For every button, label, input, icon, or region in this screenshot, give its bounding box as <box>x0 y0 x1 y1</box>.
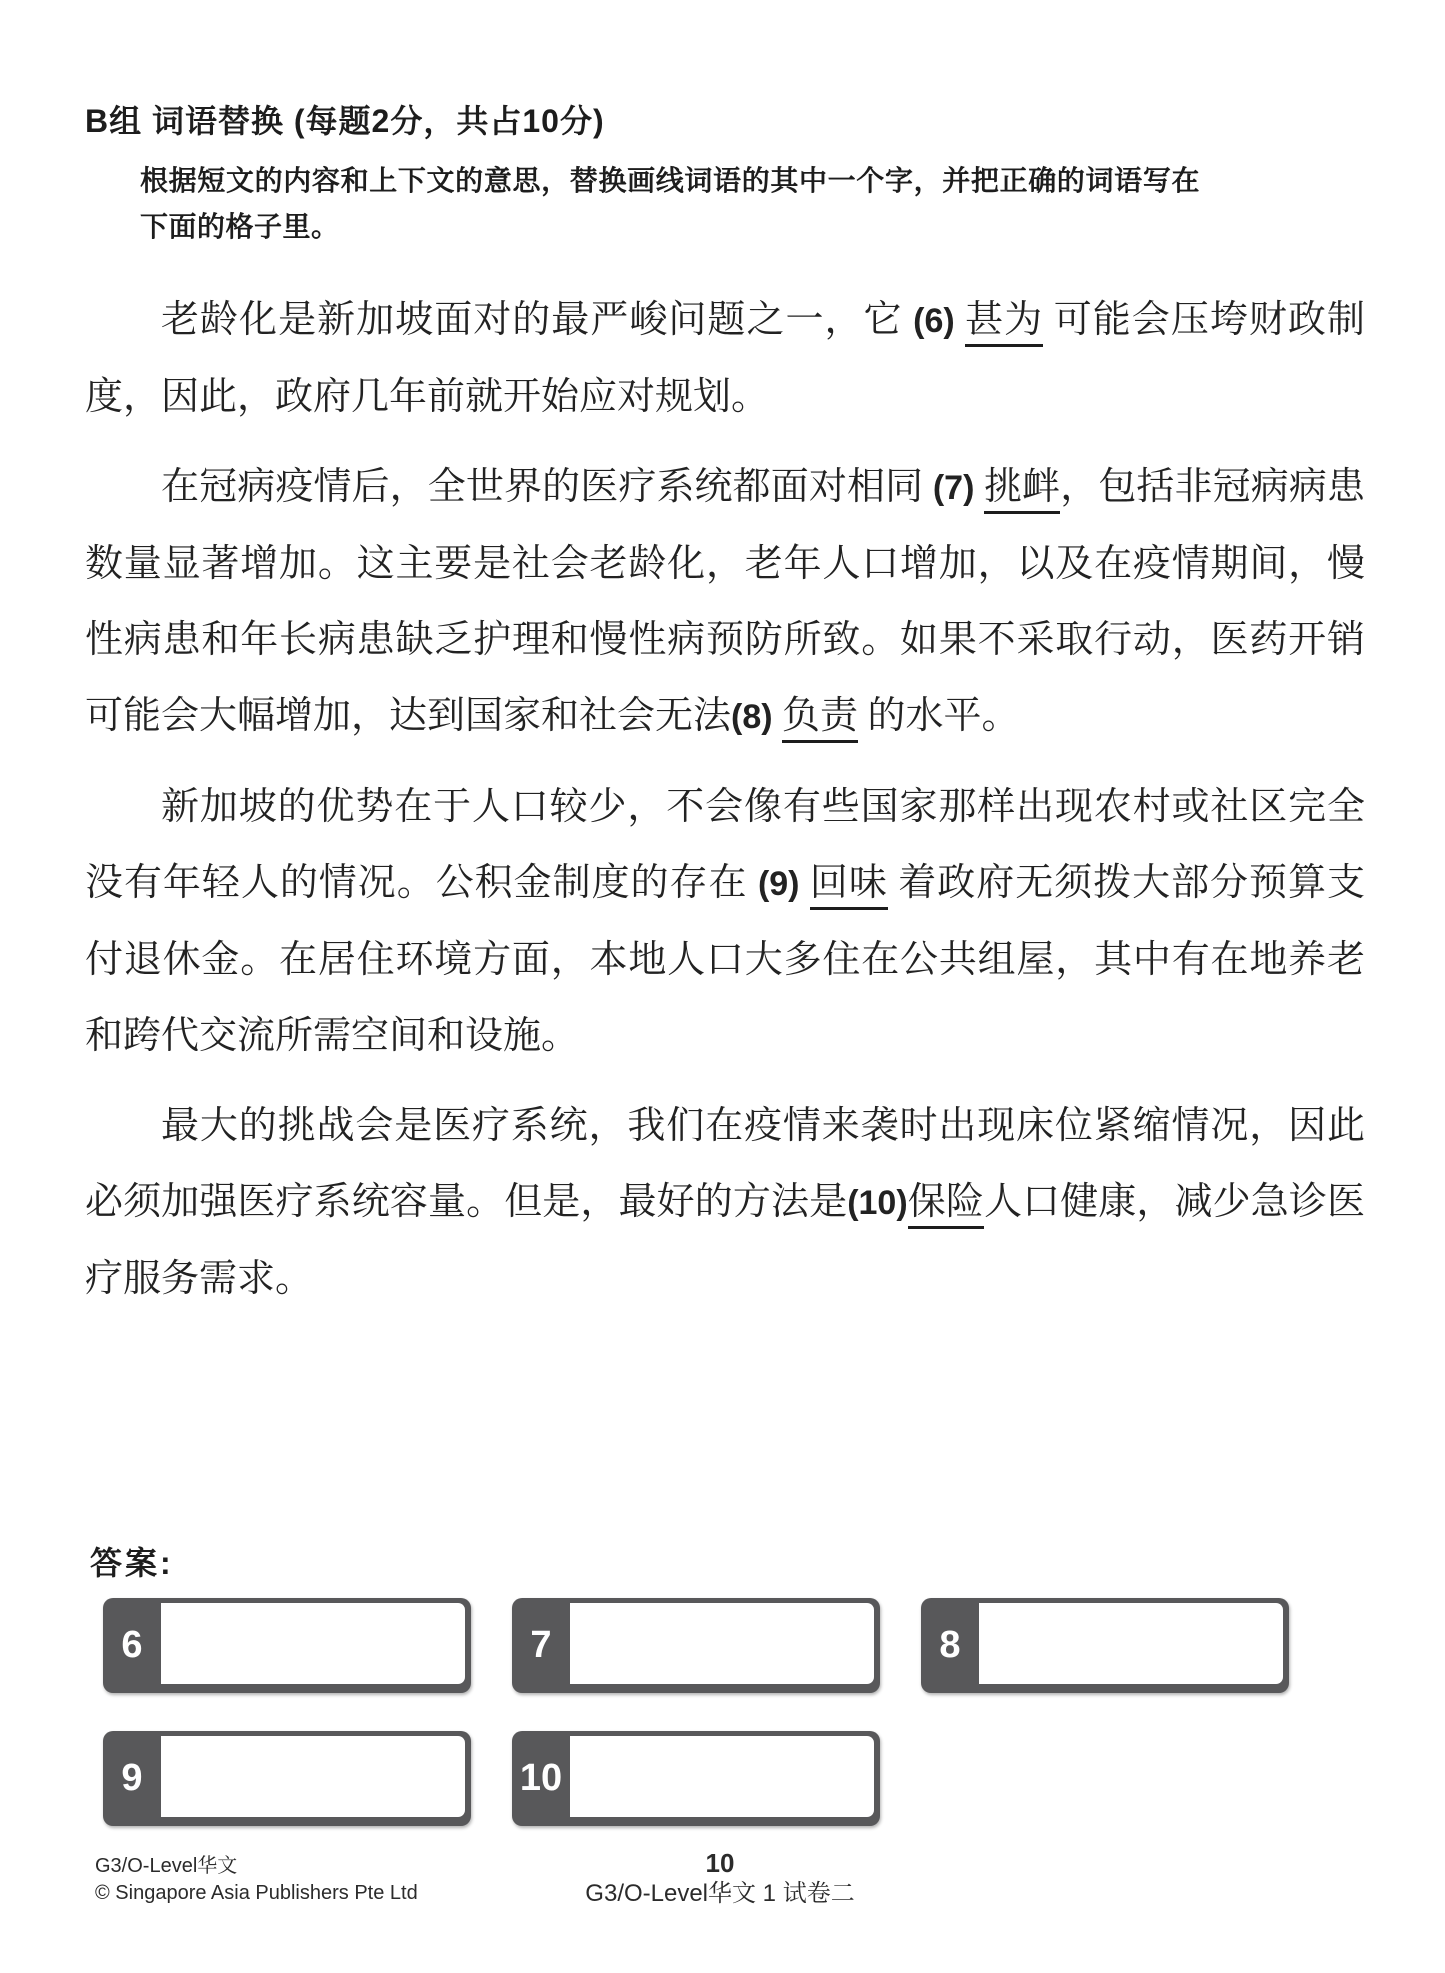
answers-grid: 6 7 8 9 10 <box>103 1598 1289 1826</box>
paragraph-2-text: 的水平。 <box>858 695 1020 737</box>
answer-box-9: 9 <box>103 1731 471 1826</box>
answer-box-10-write-area <box>570 1736 874 1817</box>
answer-box-7: 7 <box>512 1598 880 1693</box>
question-10-marker: (10) <box>847 1184 907 1222</box>
answer-box-10-number: 10 <box>512 1731 570 1826</box>
underlined-word-9: 回味 <box>810 862 888 910</box>
question-6-marker: (6) <box>913 302 965 340</box>
answer-box-6-write-area <box>161 1603 465 1684</box>
paragraph-2: 在冠病疫情后，全世界的医疗系统都面对相同 (7) 挑衅，包括非冠病病患数量显著增… <box>85 449 1365 755</box>
answer-box-10: 10 <box>512 1731 880 1826</box>
underlined-word-8: 负责 <box>782 695 858 743</box>
paragraph-1-text: 老龄化是新加坡面对的最严峻问题之一，它 <box>161 299 913 341</box>
footer-left: G3/O-Level华文 © Singapore Asia Publishers… <box>95 1853 418 1907</box>
footer-page-number: 10 <box>450 1848 990 1878</box>
answer-box-8: 8 <box>921 1598 1289 1693</box>
answer-box-9-number: 9 <box>103 1731 161 1826</box>
exam-page: B组 词语替换 (每题2分，共占10分) 根据短文的内容和上下文的意思，替换画线… <box>0 0 1445 1973</box>
paragraph-2-text: 在冠病疫情后，全世界的医疗系统都面对相同 <box>161 466 933 508</box>
answer-box-9-write-area <box>161 1736 465 1817</box>
underlined-word-10: 保险 <box>908 1181 984 1229</box>
answer-box-8-write-area <box>979 1603 1283 1684</box>
paragraph-3: 新加坡的优势在于人口较少，不会像有些国家那样出现农村或社区完全没有年轻人的情况。… <box>85 769 1365 1074</box>
answer-box-6-number: 6 <box>103 1598 161 1693</box>
answer-box-8-number: 8 <box>921 1598 979 1693</box>
footer-copyright: © Singapore Asia Publishers Pte Ltd <box>95 1880 418 1907</box>
section-title: B组 词语替换 (每题2分，共占10分) <box>85 96 605 142</box>
answer-box-6: 6 <box>103 1598 471 1693</box>
question-9-marker: (9) <box>758 865 810 903</box>
question-7-marker: (7) <box>933 469 984 507</box>
question-8-marker: (8) <box>731 698 782 736</box>
footer-center: 10 G3/O-Level华文 1 试卷二 <box>450 1848 990 1910</box>
footer-series-title: G3/O-Level华文 <box>95 1853 418 1880</box>
answer-box-7-write-area <box>570 1603 874 1684</box>
underlined-word-6: 甚为 <box>965 299 1043 347</box>
footer-paper-title: G3/O-Level华文 1 试卷二 <box>450 1878 990 1910</box>
paragraph-4: 最大的挑战会是医疗系统，我们在疫情来袭时出现床位紧缩情况，因此必须加强医疗系统容… <box>85 1088 1365 1317</box>
answers-label: 答案: <box>90 1538 174 1584</box>
answer-box-7-number: 7 <box>512 1598 570 1693</box>
underlined-word-7: 挑衅 <box>984 466 1060 514</box>
paragraph-1: 老龄化是新加坡面对的最严峻问题之一，它 (6) 甚为 可能会压垮财政制度，因此，… <box>85 282 1365 435</box>
passage: 老龄化是新加坡面对的最严峻问题之一，它 (6) 甚为 可能会压垮财政制度，因此，… <box>85 282 1365 1331</box>
instructions-text: 根据短文的内容和上下文的意思，替换画线词语的其中一个字，并把正确的词语写在下面的… <box>140 158 1200 250</box>
